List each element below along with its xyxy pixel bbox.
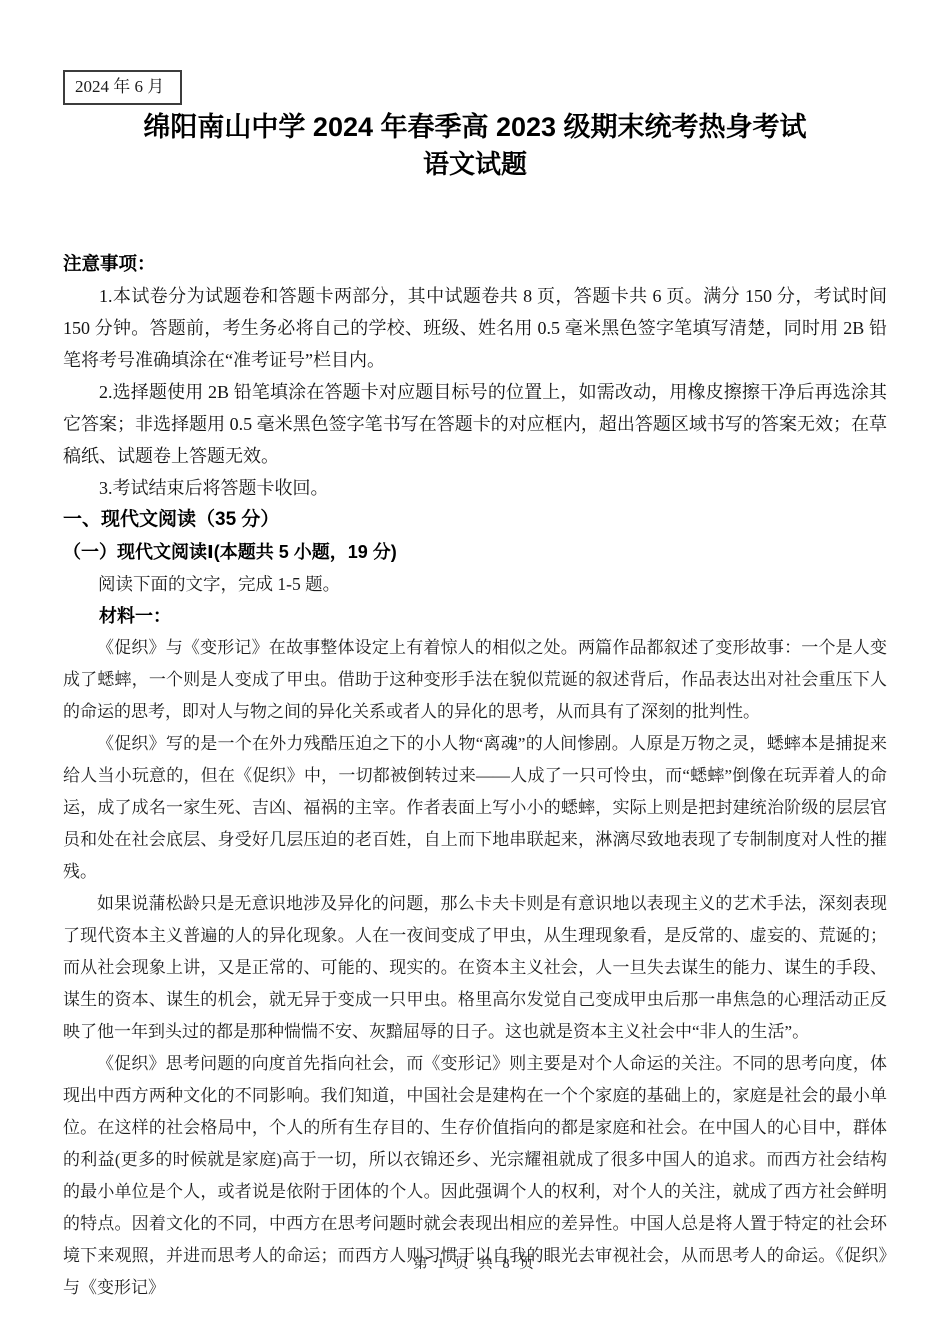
- page-content: 2024 年 6 月 绵阳南山中学 2024 年春季高 2023 级期末统考热身…: [0, 0, 950, 1304]
- notice-heading: 注意事项：: [63, 248, 887, 280]
- date-text: 2024 年 6 月: [75, 77, 164, 96]
- page-title: 绵阳南山中学 2024 年春季高 2023 级期末统考热身考试: [63, 109, 887, 146]
- notice-item-1: 1.本试卷分为试题卷和答题卡两部分，其中试题卷共 8 页，答题卡共 6 页。满分…: [63, 280, 887, 376]
- date-box: 2024 年 6 月: [63, 70, 182, 105]
- material-paragraph-1: 《促织》与《变形记》在故事整体设定上有着惊人的相似之处。两篇作品都叙述了变形故事…: [63, 632, 887, 728]
- section-heading: 一、现代文阅读（35 分）: [63, 504, 887, 536]
- exam-page: 2024 年 6 月 绵阳南山中学 2024 年春季高 2023 级期末统考热身…: [0, 0, 950, 1344]
- notice-item-3: 3.考试结束后将答题卡收回。: [63, 472, 887, 504]
- notice-item-2: 2.选择题使用 2B 铅笔填涂在答题卡对应题目标号的位置上，如需改动，用橡皮擦擦…: [63, 376, 887, 472]
- subsection-heading: （一）现代文阅读Ⅰ(本题共 5 小题，19 分): [63, 536, 887, 568]
- material-label: 材料一：: [63, 600, 887, 632]
- page-footer: 第 1 页 共 8 页: [0, 1252, 950, 1273]
- reading-instruction: 阅读下面的文字，完成 1-5 题。: [63, 568, 887, 600]
- material-paragraph-3: 如果说蒲松龄只是无意识地涉及异化的问题，那么卡夫卡则是有意识地以表现主义的艺术手…: [63, 888, 887, 1048]
- material-paragraph-2: 《促织》写的是一个在外力残酷压迫之下的小人物“离魂”的人间惨剧。人原是万物之灵，…: [63, 728, 887, 888]
- notice-section: 注意事项： 1.本试卷分为试题卷和答题卡两部分，其中试题卷共 8 页，答题卡共 …: [63, 248, 887, 504]
- page-subtitle: 语文试题: [63, 146, 887, 182]
